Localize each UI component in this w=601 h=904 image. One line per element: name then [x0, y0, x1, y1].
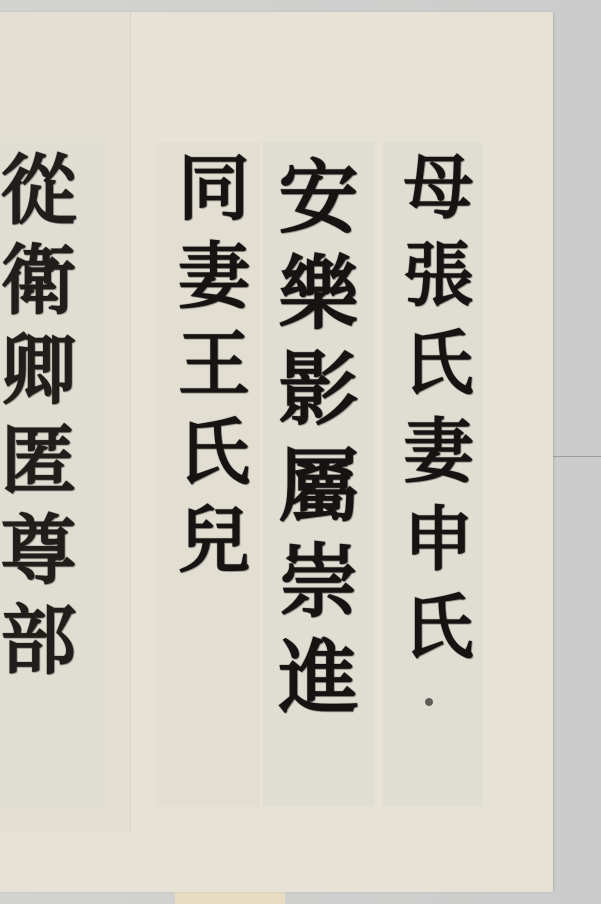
calligraphy-column-center-left: 同妻王氏兒 [172, 150, 244, 590]
calligraphy-column-left: 從衛卿匿尊部 [0, 150, 70, 690]
backdrop-edge-line [553, 456, 601, 457]
album-tab [175, 892, 285, 904]
calligraphy-column-right: 母張氏妻申氏 [398, 150, 468, 678]
calligraphy-column-center-right: 安樂影屬崇進 [272, 155, 352, 731]
ink-dot [425, 698, 433, 706]
